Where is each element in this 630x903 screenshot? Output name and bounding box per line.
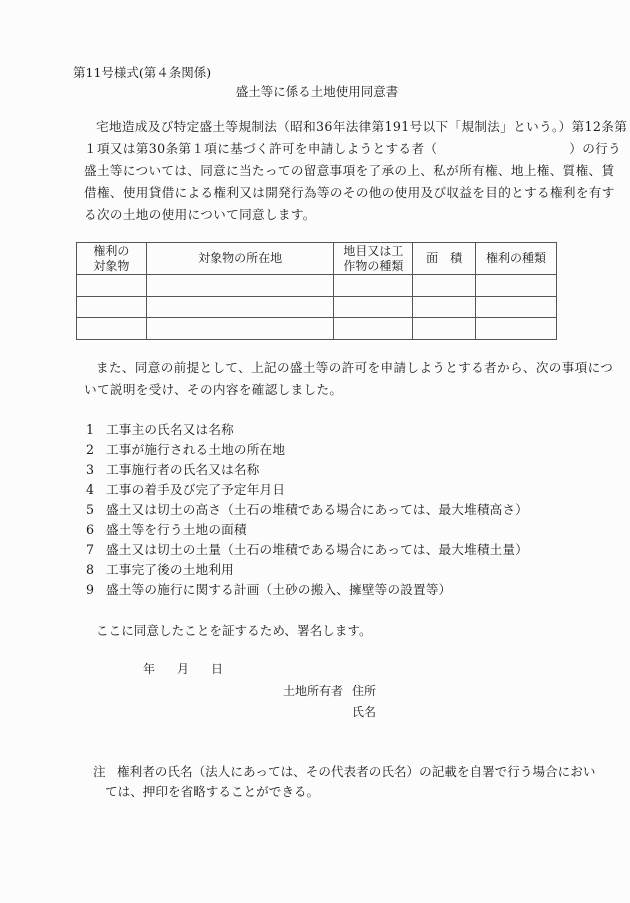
list-item: 7盛土又は切土の土量（土石の堆積である場合にあっては、最大堆積土量） xyxy=(86,540,528,560)
land-table: 権利の対象物 対象物の所在地 地目又は工作物の種類 面 積 権利の種類 xyxy=(76,242,557,340)
cell-rights-object[interactable] xyxy=(77,275,147,297)
item-text: 盛土等の施行に関する計画（土砂の搬入、擁壁等の設置等） xyxy=(106,580,451,600)
header-rights-object: 権利の対象物 xyxy=(77,243,147,275)
item-text: 工事主の氏名又は名称 xyxy=(106,420,234,440)
landowner-label: 土地所有者 xyxy=(283,682,343,700)
list-item: 4工事の着手及び完了予定年月日 xyxy=(86,480,528,500)
list-item: 3工事施行者の氏名又は名称 xyxy=(86,460,528,480)
intro-paragraph: 宅地造成及び特定盛土等規制法（昭和36年法律第191号以下「規制法」という。）第… xyxy=(84,116,560,226)
table-row xyxy=(77,318,557,340)
intro-line-2-tail: ）の行う xyxy=(569,141,621,156)
item-text: 工事の着手及び完了予定年月日 xyxy=(106,480,285,500)
list-item: 5盛土又は切土の高さ（土石の堆積である場合にあっては、最大堆積高さ） xyxy=(86,500,528,520)
item-text: 工事施行者の氏名又は名称 xyxy=(106,460,260,480)
cell-rights-object[interactable] xyxy=(77,296,147,318)
list-item: 6盛土等を行う土地の面積 xyxy=(86,520,528,540)
name-label: 氏名 xyxy=(352,703,376,721)
date-year-label: 年 xyxy=(143,660,155,678)
item-text: 工事完了後の土地利用 xyxy=(106,560,234,580)
table-row xyxy=(77,296,557,318)
item-number: 2 xyxy=(86,440,106,460)
cell-area[interactable] xyxy=(413,318,476,340)
item-text: 工事が施行される土地の所在地 xyxy=(106,440,285,460)
header-area: 面 積 xyxy=(413,243,476,275)
header-location: 対象物の所在地 xyxy=(146,243,334,275)
item-number: 5 xyxy=(86,500,106,520)
list-item: 1工事主の氏名又は名称 xyxy=(86,420,528,440)
intro-line-2: １項又は第30条第１項に基づく許可を申請しようとする者（）の行う xyxy=(84,138,560,160)
header-text: 対象物 xyxy=(93,259,129,273)
intro-line-2-text: １項又は第30条第１項に基づく許可を申請しようとする者（ xyxy=(84,141,437,156)
header-text: 地目又は工 xyxy=(343,244,403,258)
explanation-items-list: 1工事主の氏名又は名称 2工事が施行される土地の所在地 3工事施行者の氏名又は名… xyxy=(86,420,528,600)
signature-statement: ここに同意したことを証するため、署名します。 xyxy=(96,621,372,641)
footnote-mark: 注 xyxy=(93,762,117,782)
date-month-label: 月 xyxy=(177,660,189,678)
header-text: 作物の種類 xyxy=(343,259,403,273)
item-number: 9 xyxy=(86,580,106,600)
list-item: 9盛土等の施行に関する計画（土砂の搬入、擁壁等の設置等） xyxy=(86,580,528,600)
cell-area[interactable] xyxy=(413,296,476,318)
intro-line-3: 盛土等については、同意に当たっての留意事項を了承の上、私が所有権、地上権、質権、… xyxy=(84,160,560,182)
cell-rights-type[interactable] xyxy=(476,318,557,340)
footnote-text-1: 権利者の氏名（法人にあっては、その代表者の氏名）の記載を自署で行う場合におい xyxy=(117,764,595,779)
item-number: 1 xyxy=(86,420,106,440)
item-text: 盛土又は切土の高さ（土石の堆積である場合にあっては、最大堆積高さ） xyxy=(106,500,528,520)
footnote-line-2: ては、押印を省略することができる。 xyxy=(93,782,595,802)
document-title-text: 盛土等に係る土地使用同意書 xyxy=(236,84,399,99)
cell-land-category[interactable] xyxy=(334,296,413,318)
list-item: 8工事完了後の土地利用 xyxy=(86,560,528,580)
address-label: 住所 xyxy=(352,682,376,700)
item-number: 6 xyxy=(86,520,106,540)
document-title: 盛土等に係る土地使用同意書 xyxy=(0,84,630,100)
intro-line-4: 借権、使用貸借による権利又は開発行為等のその他の使用及び収益を目的とする権利を有… xyxy=(84,182,560,204)
confirmation-paragraph: また、同意の前提として、上記の盛土等の許可を申請しようとする者から、次の事項につ… xyxy=(84,357,560,401)
header-text: 権利の xyxy=(93,244,129,258)
item-text: 盛土等を行う土地の面積 xyxy=(106,520,247,540)
item-number: 8 xyxy=(86,560,106,580)
confirmation-line-1: また、同意の前提として、上記の盛土等の許可を申請しようとする者から、次の事項につ xyxy=(84,357,560,379)
intro-line-1: 宅地造成及び特定盛土等規制法（昭和36年法律第191号以下「規制法」という。）第… xyxy=(84,116,560,138)
cell-location[interactable] xyxy=(146,275,334,297)
item-number: 3 xyxy=(86,460,106,480)
footnote-line-1: 注権利者の氏名（法人にあっては、その代表者の氏名）の記載を自署で行う場合におい xyxy=(93,762,595,782)
land-table-header: 権利の対象物 対象物の所在地 地目又は工作物の種類 面 積 権利の種類 xyxy=(77,243,557,275)
cell-rights-type[interactable] xyxy=(476,296,557,318)
confirmation-line-2: いて説明を受け、その内容を確認しました。 xyxy=(84,379,560,401)
cell-land-category[interactable] xyxy=(334,275,413,297)
table-row xyxy=(77,275,557,297)
header-rights-type: 権利の種類 xyxy=(476,243,557,275)
cell-area[interactable] xyxy=(413,275,476,297)
cell-rights-object[interactable] xyxy=(77,318,147,340)
form-number: 第11号様式(第４条関係) xyxy=(73,65,211,81)
intro-line-5: る次の土地の使用について同意します。 xyxy=(84,204,560,226)
list-item: 2工事が施行される土地の所在地 xyxy=(86,440,528,460)
date-day-label: 日 xyxy=(211,660,223,678)
cell-location[interactable] xyxy=(146,318,334,340)
cell-location[interactable] xyxy=(146,296,334,318)
cell-land-category[interactable] xyxy=(334,318,413,340)
header-land-category: 地目又は工作物の種類 xyxy=(334,243,413,275)
item-number: 7 xyxy=(86,540,106,560)
item-number: 4 xyxy=(86,480,106,500)
item-text: 盛土又は切土の土量（土石の堆積である場合にあっては、最大堆積土量） xyxy=(106,540,528,560)
cell-rights-type[interactable] xyxy=(476,275,557,297)
footnote: 注権利者の氏名（法人にあっては、その代表者の氏名）の記載を自署で行う場合におい … xyxy=(93,762,595,802)
